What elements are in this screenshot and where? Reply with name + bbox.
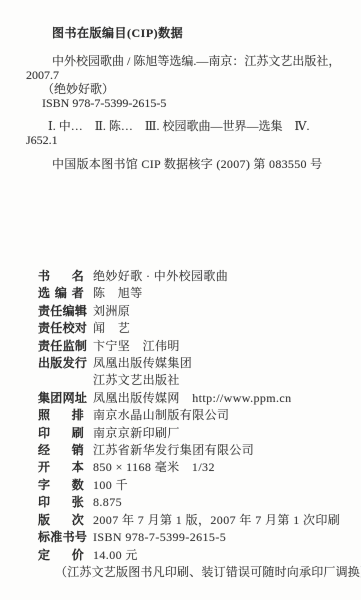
- cip-isbn: ISBN 978-7-5399-2615-5: [26, 96, 341, 110]
- colophon-value: 绝妙好歌 · 中外校园歌曲: [93, 269, 228, 283]
- colophon-label: 照排: [38, 407, 84, 424]
- cip-series: （绝妙好歌）: [26, 82, 341, 96]
- colophon-label: 定价: [38, 547, 84, 564]
- colophon-row-proofreader: 责任校对闻 艺: [38, 320, 351, 337]
- cip-heading: 图书在版编目(CIP)数据: [26, 26, 341, 40]
- colophon-value: ISBN 978-7-5399-2615-5: [93, 530, 226, 544]
- colophon-label: 责任校对: [38, 320, 84, 337]
- colophon-row-publisher-cont: 江苏文艺出版社: [38, 372, 351, 389]
- colophon-row-typesetting: 照排南京水晶山制版有限公司: [38, 407, 351, 424]
- cip-classification-line2: J652.1: [26, 133, 341, 147]
- colophon-row-format: 开本850 × 1168 毫米 1/32: [38, 459, 351, 476]
- colophon-label: 经销: [38, 442, 84, 459]
- colophon-value: 卞宁坚 江伟明: [93, 339, 180, 353]
- colophon-value: 刘洲原: [93, 304, 130, 318]
- colophon-row-printed-sheets: 印张8.875: [38, 494, 351, 511]
- colophon-value: 凤凰出版传媒集团: [93, 356, 192, 370]
- colophon-value: 江苏省新华发行集团有限公司: [93, 443, 254, 457]
- colophon-row-executive-editor: 责任编辑刘洲原: [38, 303, 351, 320]
- colophon-value: 陈 旭等: [93, 286, 143, 300]
- cip-entry-line2: 2007.7: [26, 68, 341, 82]
- colophon-label: 标准书号: [38, 529, 84, 546]
- colophon-label: 出版发行: [38, 355, 84, 372]
- colophon-value: 南京水晶山制版有限公司: [93, 408, 229, 422]
- colophon-value: 闻 艺: [93, 321, 130, 335]
- colophon-label: 印刷: [38, 425, 84, 442]
- colophon-label: 责任编辑: [38, 303, 84, 320]
- colophon-row-word-count: 字数100 千: [38, 477, 351, 494]
- colophon-value: 凤凰出版传媒网 http://www.ppm.cn: [93, 391, 292, 405]
- cip-registration-number: 中国版本图书馆 CIP 数据核字 (2007) 第 083550 号: [26, 157, 341, 171]
- colophon-value: 2007 年 7 月第 1 版，2007 年 7 月第 1 次印刷: [93, 513, 340, 527]
- colophon-value: 南京京新印刷厂: [93, 426, 180, 440]
- replacement-notice: （江苏文艺版图书凡印刷、装订错误可随时向承印厂调换）: [55, 564, 351, 582]
- colophon-row-group-website: 集团网址凤凰出版传媒网 http://www.ppm.cn: [38, 390, 351, 407]
- colophon-row-publisher: 出版发行凤凰出版传媒集团: [38, 355, 351, 372]
- colophon-label: 字数: [38, 477, 84, 494]
- colophon-label: 集团网址: [38, 390, 84, 407]
- copyright-page: 图书在版编目(CIP)数据 中外校园歌曲 / 陈旭等选编.—南京：江苏文艺出版社…: [0, 0, 361, 600]
- colophon-label: 开本: [38, 459, 84, 476]
- colophon-row-production-supervisors: 责任监制卞宁坚 江伟明: [38, 338, 351, 355]
- colophon-value: 850 × 1168 毫米 1/32: [93, 460, 215, 474]
- colophon-value: 100 千: [93, 478, 128, 492]
- cip-section: 图书在版编目(CIP)数据 中外校园歌曲 / 陈旭等选编.—南京：江苏文艺出版社…: [0, 0, 361, 171]
- colophon-value: 江苏文艺出版社: [93, 373, 180, 387]
- cip-classification-line1: Ⅰ. 中… Ⅱ. 陈… Ⅲ. 校园歌曲—世界—选集 Ⅳ.: [26, 119, 341, 133]
- colophon-label: 选编者: [38, 285, 84, 302]
- colophon-row-compilers: 选编者陈 旭等: [38, 285, 351, 302]
- colophon-value: 14.00 元: [93, 548, 138, 562]
- colophon-label: 印张: [38, 494, 84, 511]
- colophon-row-edition: 版次2007 年 7 月第 1 版，2007 年 7 月第 1 次印刷: [38, 512, 351, 529]
- cip-entry-line1: 中外校园歌曲 / 陈旭等选编.—南京：江苏文艺出版社，: [26, 54, 341, 68]
- colophon-row-standard-isbn: 标准书号ISBN 978-7-5399-2615-5: [38, 529, 351, 546]
- colophon-table: 书名绝妙好歌 · 中外校园歌曲 选编者陈 旭等 责任编辑刘洲原 责任校对闻 艺 …: [0, 268, 361, 582]
- colophon-label: 版次: [38, 512, 84, 529]
- colophon-row-distribution: 经销江苏省新华发行集团有限公司: [38, 442, 351, 459]
- colophon-value: 8.875: [93, 495, 122, 509]
- colophon-row-price: 定价14.00 元: [38, 547, 351, 564]
- colophon-label: 责任监制: [38, 338, 84, 355]
- colophon-row-printing: 印刷南京京新印刷厂: [38, 425, 351, 442]
- colophon-label: 书名: [38, 268, 84, 285]
- colophon-row-book-title: 书名绝妙好歌 · 中外校园歌曲: [38, 268, 351, 285]
